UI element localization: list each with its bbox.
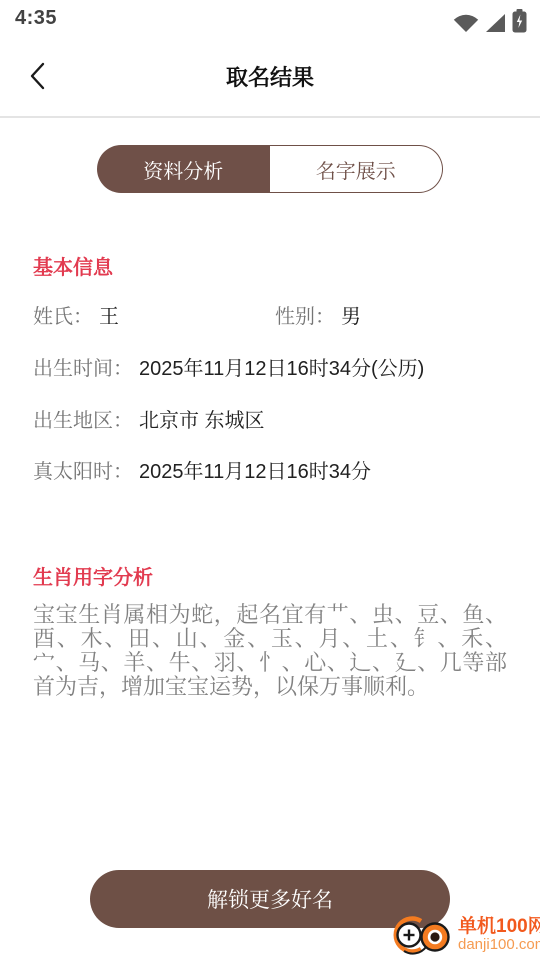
surname-label: 姓氏： bbox=[33, 306, 93, 328]
tab-profile-analysis[interactable]: 资料分析 bbox=[97, 145, 270, 193]
basic-info-heading: 基本信息 bbox=[33, 251, 113, 280]
wifi-icon bbox=[453, 13, 479, 33]
watermark-domain: danji100.com bbox=[458, 937, 540, 953]
danji100-logo-icon bbox=[390, 910, 456, 960]
status-icons bbox=[453, 9, 527, 33]
birth-place-label: 出生地区： bbox=[33, 410, 133, 432]
gender-label: 性别： bbox=[275, 306, 335, 328]
birth-time-value: 2025年11月12日16时34分(公历) bbox=[139, 358, 424, 380]
status-time: 4:35 bbox=[15, 7, 57, 30]
info-row-birth-place: 出生地区：北京市 东城区 bbox=[33, 404, 507, 433]
cellular-signal-icon bbox=[485, 13, 506, 33]
watermark-text: 单机100网 danji100.com bbox=[458, 917, 540, 953]
tab-name-display[interactable]: 名字展示 bbox=[270, 145, 444, 193]
solar-time-label: 真太阳时： bbox=[33, 461, 133, 483]
watermark-site-name: 单机100网 bbox=[458, 917, 540, 937]
status-bar: 4:35 bbox=[0, 0, 540, 36]
info-row-surname-gender: 姓氏：王 性别：男 bbox=[33, 300, 507, 329]
naming-result-screen: 4:35 取名结果 资料分析 名字展示 基本信息 姓氏：王 bbox=[0, 0, 540, 960]
zodiac-analysis-paragraph: 宝宝生肖属相为蛇，起名宜有艹、虫、豆、鱼、酉、木、田、山、金、玉、月、土、钅、禾… bbox=[33, 603, 507, 699]
birth-time-label: 出生时间： bbox=[33, 358, 133, 380]
page-title: 取名结果 bbox=[0, 61, 540, 92]
battery-charging-icon bbox=[512, 9, 527, 33]
header-divider bbox=[0, 116, 540, 118]
tab-group: 资料分析 名字展示 bbox=[97, 145, 443, 193]
info-row-birth-time: 出生时间：2025年11月12日16时34分(公历) bbox=[33, 352, 507, 381]
solar-time-value: 2025年11月12日16时34分 bbox=[139, 461, 371, 483]
surname-field: 姓氏：王 bbox=[33, 306, 119, 328]
birth-place-value: 北京市 东城区 bbox=[139, 410, 265, 432]
zodiac-analysis-heading: 生肖用字分析 bbox=[33, 561, 153, 590]
gender-field: 性别：男 bbox=[275, 300, 361, 329]
watermark: 单机100网 danji100.com bbox=[390, 910, 540, 960]
info-row-solar-time: 真太阳时：2025年11月12日16时34分 bbox=[33, 455, 507, 484]
gender-value: 男 bbox=[341, 306, 361, 328]
surname-value: 王 bbox=[99, 306, 119, 328]
